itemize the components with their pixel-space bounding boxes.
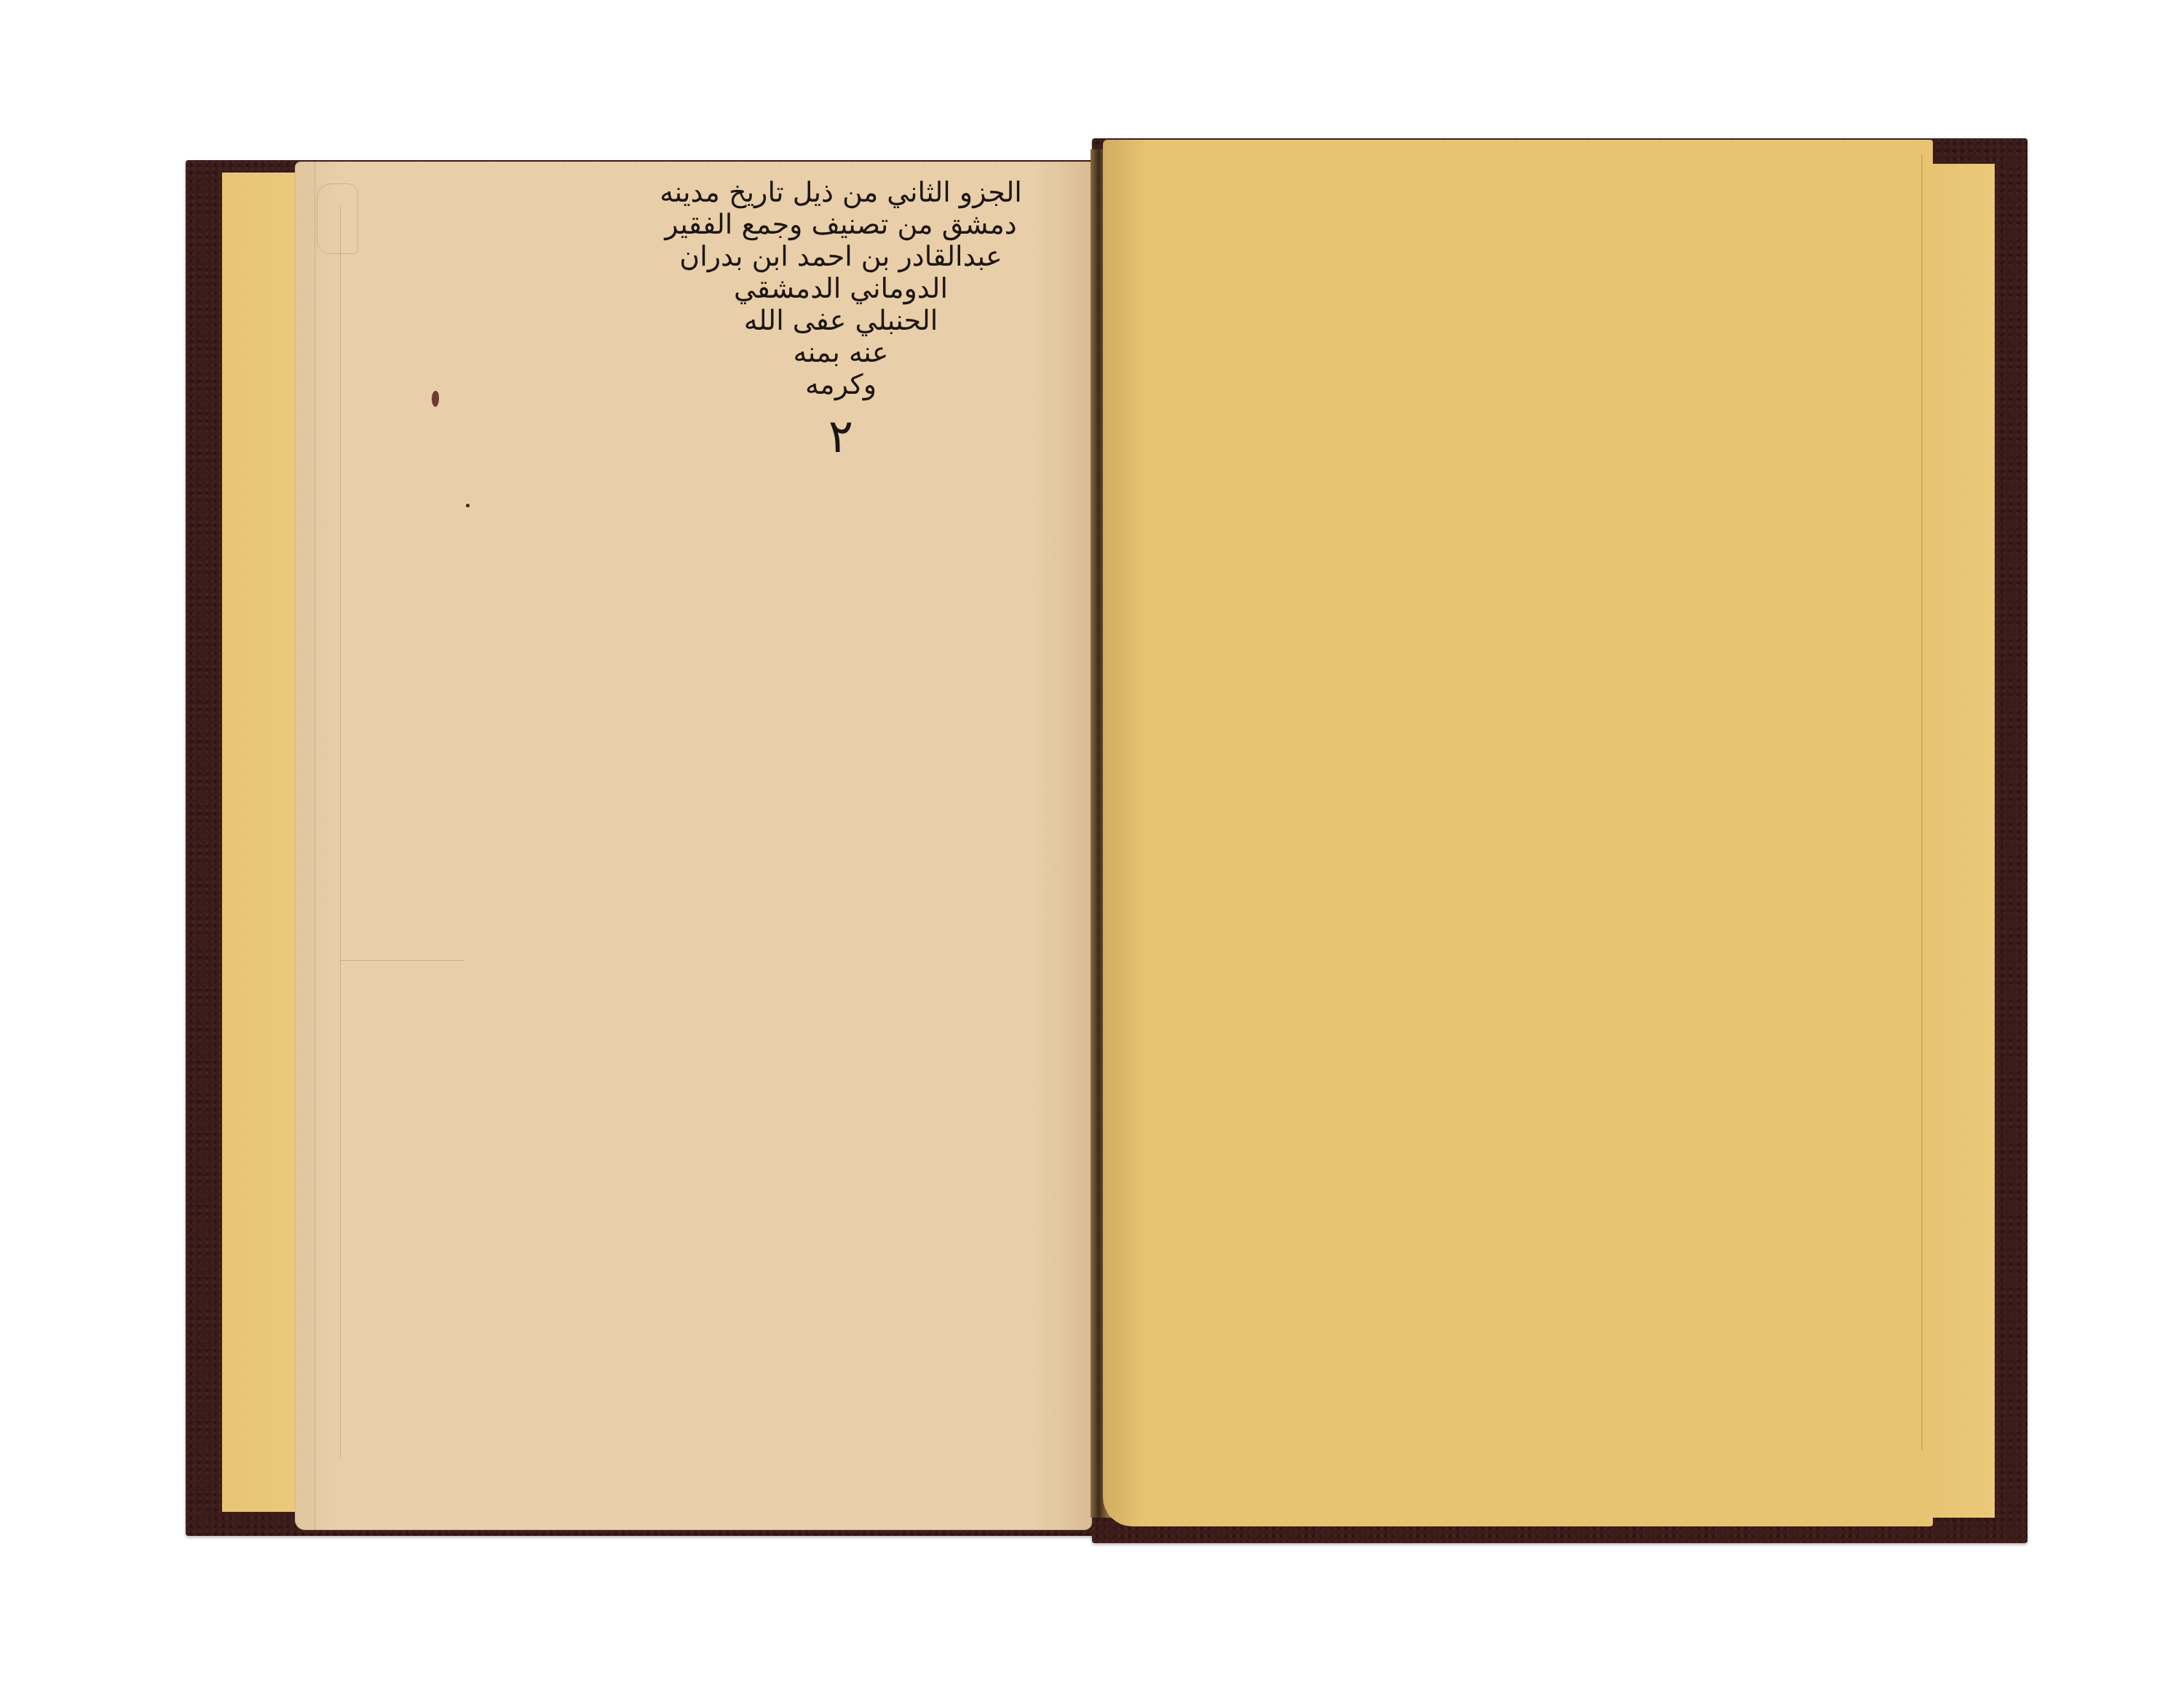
right-page-blank <box>1103 140 1933 1526</box>
endpaper-right <box>1926 164 1995 1518</box>
paper-repair-patch <box>317 183 358 254</box>
paper-repair-line <box>340 960 464 961</box>
folio-number: ٢ <box>615 408 1067 466</box>
inscription-line: عبدالقادر بن احمد ابن بدران <box>615 240 1067 272</box>
paper-repair-line <box>340 205 341 1457</box>
inscription-line: الجزو الثاني من ذيل تاريخ مدينه <box>615 176 1067 208</box>
title-inscription: الجزو الثاني من ذيل تاريخ مدينه دمشق من … <box>615 176 1067 466</box>
left-page: الجزو الثاني من ذيل تاريخ مدينه دمشق من … <box>295 162 1092 1530</box>
inscription-line: الدوماني الدمشقي <box>615 272 1067 304</box>
inscription-line: عنه بمنه <box>615 336 1067 368</box>
inscription-line: دمشق من تصنيف وجمع الفقير <box>615 208 1067 240</box>
page-stub <box>298 162 315 1530</box>
inscription-line: وكرمه <box>615 368 1067 400</box>
page-fold-line <box>1921 154 1923 1450</box>
ink-stain <box>432 391 439 407</box>
ink-dot <box>466 504 470 507</box>
inscription-line: الحنبلي عفى الله <box>615 304 1067 336</box>
